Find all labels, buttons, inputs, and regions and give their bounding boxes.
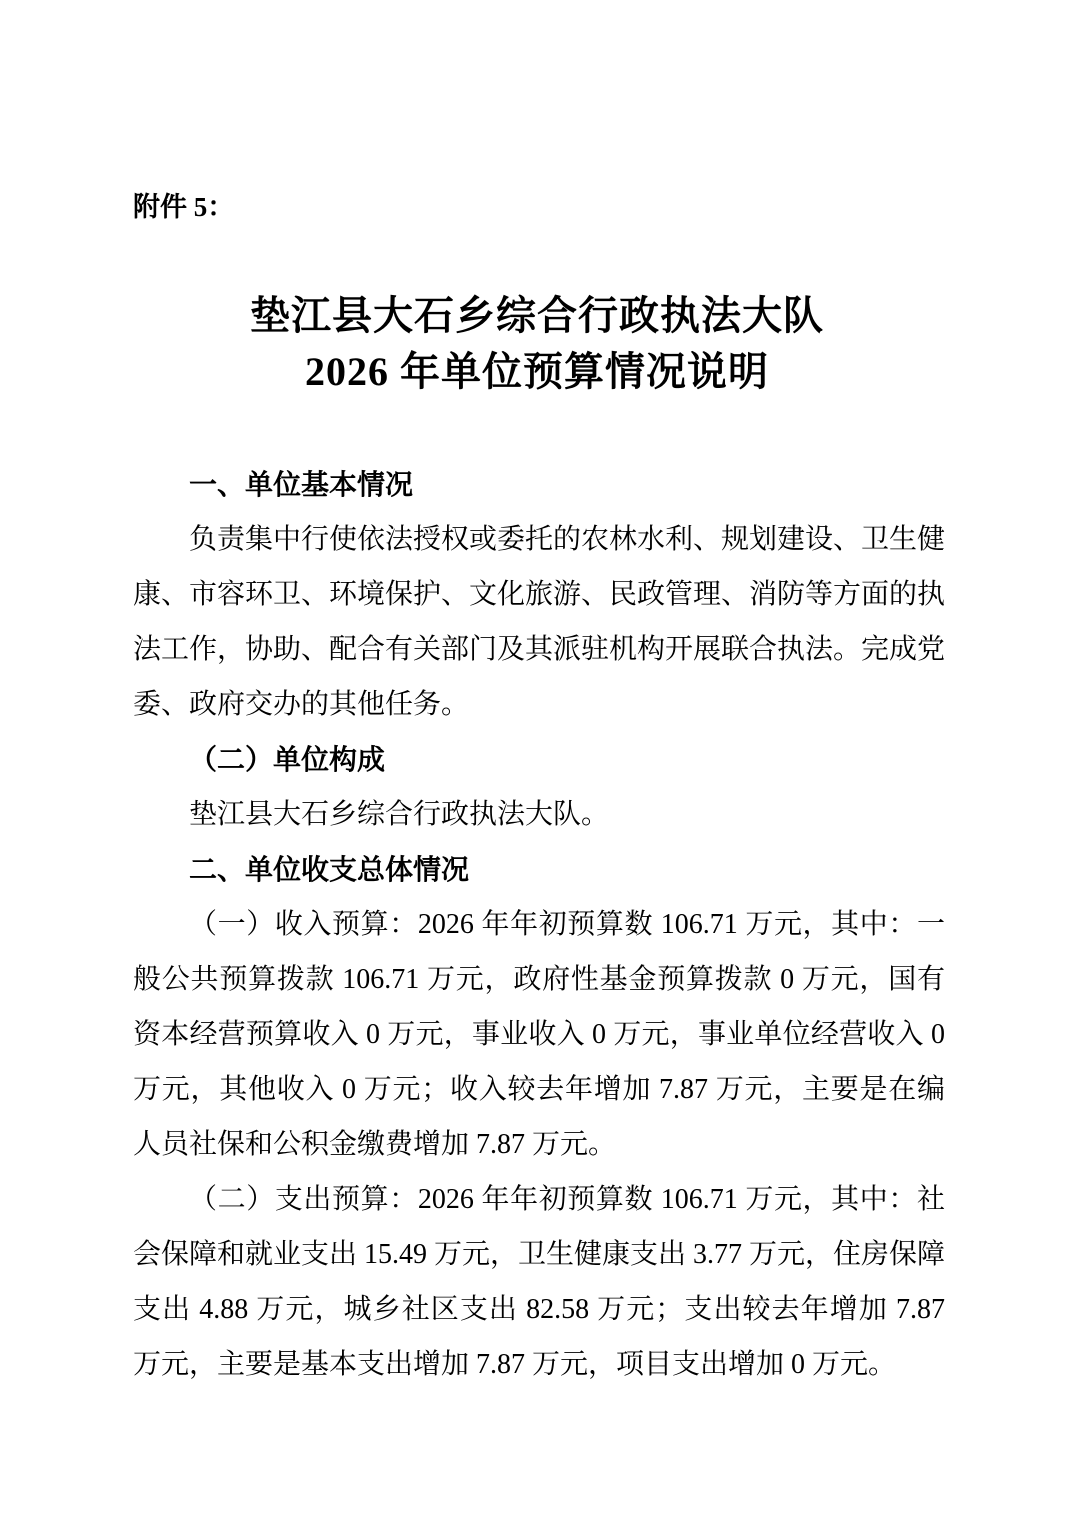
attachment-label: 附件 5：: [133, 190, 234, 224]
body-paragraph: （一）收入预算：2026 年年初预算数 106.71 万元，其中：一般公共预算拨…: [133, 897, 945, 1172]
document-page: 附件 5： 垫江县大石乡综合行政执法大队 2026 年单位预算情况说明 一、单位…: [0, 0, 1074, 1520]
section-heading: 二、单位收支总体情况: [133, 842, 945, 897]
document-title: 垫江县大石乡综合行政执法大队 2026 年单位预算情况说明: [0, 288, 1074, 400]
body-paragraph: （二）支出预算：2026 年年初预算数 106.71 万元，其中：社会保障和就业…: [133, 1172, 945, 1392]
document-body: 一、单位基本情况负责集中行使依法授权或委托的农林水利、规划建设、卫生健康、市容环…: [133, 457, 945, 1392]
document-title-line1: 垫江县大石乡综合行政执法大队: [0, 288, 1074, 344]
body-paragraph: 负责集中行使依法授权或委托的农林水利、规划建设、卫生健康、市容环卫、环境保护、文…: [133, 512, 945, 732]
section-heading: 一、单位基本情况: [133, 457, 945, 512]
document-title-line2: 2026 年单位预算情况说明: [0, 344, 1074, 400]
body-paragraph: 垫江县大石乡综合行政执法大队。: [133, 787, 945, 842]
section-heading: （二）单位构成: [133, 732, 945, 787]
